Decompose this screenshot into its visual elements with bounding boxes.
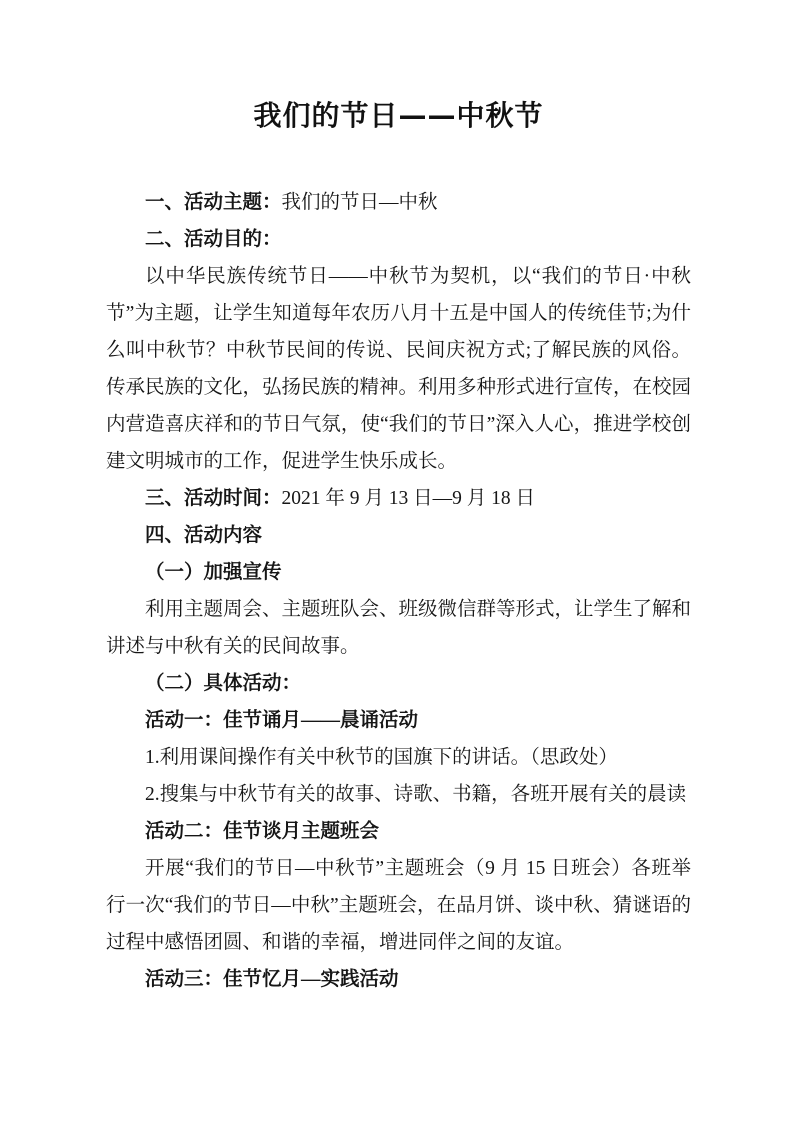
document-body: 一、活动主题：我们的节日—中秋 二、活动目的： 以中华民族传统节日——中秋节为契… [106,184,691,998]
section-activity-purpose-heading: 二、活动目的： [106,221,691,258]
activity2-heading: 活动二：佳节谈月主题班会 [106,813,691,850]
document-page: 我们的节日——中秋节 一、活动主题：我们的节日—中秋 二、活动目的： 以中华民族… [0,0,793,1122]
activity3-heading: 活动三：佳节忆月—实践活动 [106,961,691,998]
section-activity-time: 三、活动时间：2021 年 9 月 13 日—9 月 18 日 [106,480,691,517]
section-activity-time-value: 2021 年 9 月 13 日—9 月 18 日 [282,488,536,509]
activity1-item-2: 2.搜集与中秋节有关的故事、诗歌、书籍，各班开展有关的晨读 [106,776,691,813]
document-title: 我们的节日——中秋节 [106,96,691,136]
section-activity-purpose-body: 以中华民族传统节日——中秋节为契机，以“我们的节日·中秋节”为主题，让学生知道每… [106,258,691,480]
activity1-heading: 活动一：佳节诵月——晨诵活动 [106,702,691,739]
section-activity-theme: 一、活动主题：我们的节日—中秋 [106,184,691,221]
section-activity-theme-label: 一、活动主题： [145,192,282,213]
subsection-publicity-body: 利用主题周会、主题班队会、班级微信群等形式，让学生了解和讲述与中秋有关的民间故事… [106,591,691,665]
section-activity-time-label: 三、活动时间： [145,488,282,509]
section-activity-theme-value: 我们的节日—中秋 [282,192,438,213]
activity1-item-1: 1.利用课间操作有关中秋节的国旗下的讲话。（思政处） [106,739,691,776]
subsection-specific-activities-heading: （二）具体活动： [106,665,691,702]
subsection-publicity-heading: （一）加强宣传 [106,554,691,591]
section-activity-content-heading: 四、活动内容 [106,517,691,554]
activity2-body: 开展“我们的节日—中秋节”主题班会（9 月 15 日班会）各班举行一次“我们的节… [106,850,691,961]
